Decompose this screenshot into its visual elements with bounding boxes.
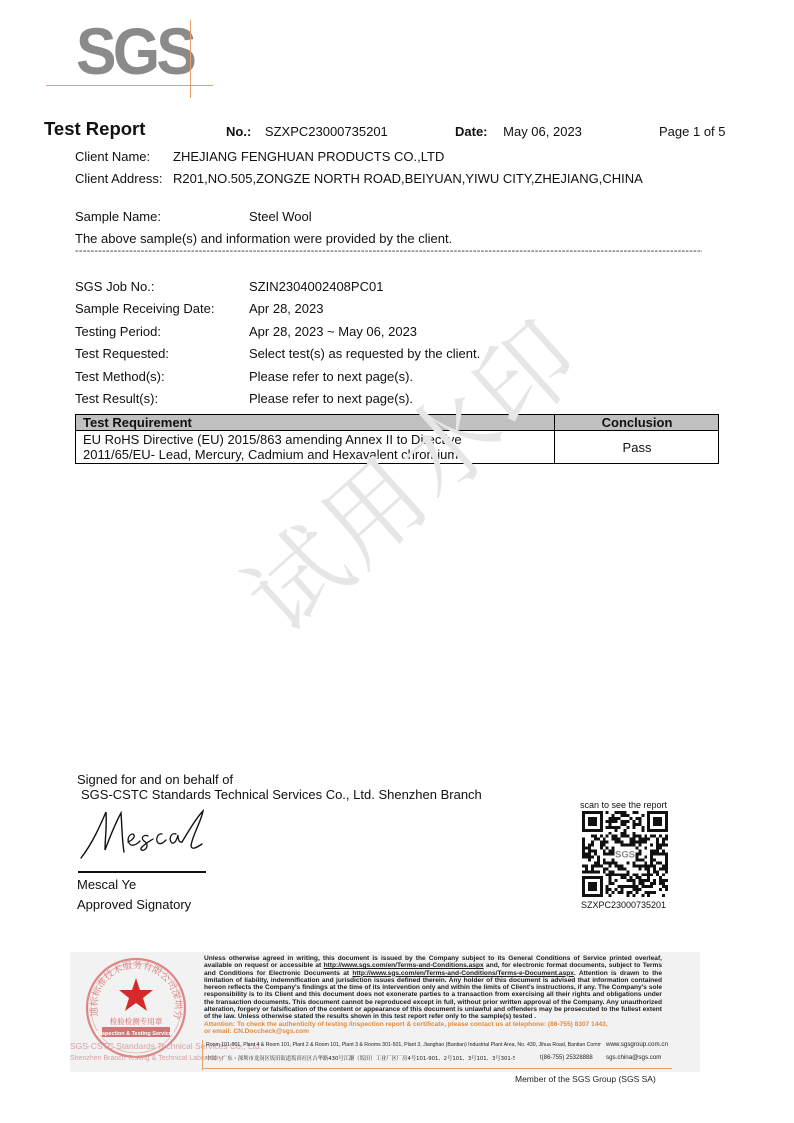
header-conclusion: Conclusion (555, 415, 719, 431)
signing-company: SGS-CSTC Standards Technical Services Co… (81, 788, 482, 801)
member-line: Member of the SGS Group (SGS SA) (515, 1074, 656, 1084)
sgs-logo: SGS (76, 18, 193, 84)
report-title: Test Report (44, 118, 145, 140)
signatory-name: Mescal Ye (77, 878, 136, 891)
detail-label: Test Method(s): (75, 370, 165, 383)
detail-label: Sample Receiving Date: (75, 302, 214, 315)
report-date: Date: May 06, 2023 (455, 124, 582, 139)
signature-line (78, 871, 206, 873)
authenticity-email[interactable]: or email: CN.Doccheck@sgs.com (204, 1028, 662, 1035)
website-link[interactable]: www.sgsgroup.com.cn (606, 1041, 668, 1048)
address-chinese: 中国・广东・深圳市龙岗区坂田街道坂田社区吉华路430号江灏（坂田）工业厂区厂房4… (206, 1054, 515, 1062)
handwritten-signature-icon (78, 806, 213, 861)
report-date-value: May 06, 2023 (503, 124, 582, 139)
sample-name-label: Sample Name: (75, 210, 161, 223)
sample-name-value: Steel Wool (249, 210, 312, 223)
signed-for-line: Signed for and on behalf of (77, 773, 233, 786)
report-number: No.: SZXPC23000735201 (226, 124, 388, 139)
legal-disclaimer: Unless otherwise agreed in writing, this… (204, 955, 662, 1035)
address-accent-vertical (202, 1040, 203, 1070)
detail-value: Please refer to next page(s). (249, 370, 413, 383)
client-name-value: ZHEJIANG FENGHUAN PRODUCTS CO.,LTD (173, 150, 444, 163)
terms-link[interactable]: http://www.sgs.com/en/Terms-and-Conditio… (324, 962, 484, 969)
detail-value: Apr 28, 2023 ~ May 06, 2023 (249, 325, 417, 338)
conclusion-cell: Pass (555, 431, 719, 464)
client-name-label: Client Name: (75, 150, 150, 163)
qr-caption: scan to see the report (580, 800, 667, 810)
qr-report-id: SZXPC23000735201 (581, 900, 666, 910)
report-number-value: SZXPC23000735201 (265, 124, 388, 139)
svg-text:SGS: SGS (615, 849, 635, 860)
detail-label: SGS Job No.: (75, 280, 154, 293)
telephone: t(86-755) 25328888 (540, 1055, 593, 1061)
dashed-divider: ----------------------------------------… (75, 245, 702, 255)
detail-label: Testing Period: (75, 325, 161, 338)
detail-value: Apr 28, 2023 (249, 302, 323, 315)
svg-text:检验检测专用章: 检验检测专用章 (110, 1016, 163, 1026)
logo-accent-vertical (190, 20, 191, 98)
page-indicator: Page 1 of 5 (659, 124, 726, 139)
detail-value: SZIN2304002408PC01 (249, 280, 383, 293)
sample-note: The above sample(s) and information were… (75, 232, 452, 245)
svg-text:Inspection & Testing Services: Inspection & Testing Services (97, 1031, 175, 1037)
authenticity-notice: Attention: To check the authenticity of … (204, 1021, 662, 1028)
stamp-branch-line: Shenzhen Branch Testing & Technical Labo… (70, 1053, 223, 1064)
e-document-terms-link[interactable]: http://www.sgs.com/en/Terms-and-Conditio… (352, 970, 574, 977)
address-accent-horizontal (202, 1068, 672, 1069)
signatory-role: Approved Signatory (77, 898, 191, 911)
report-number-label: No.: (226, 124, 251, 139)
legal-text: . Attention is drawn to the limitation o… (204, 970, 662, 1021)
client-address-value: R201,NO.505,ZONGZE NORTH ROAD,BEIYUAN,YI… (173, 172, 643, 185)
detail-label: Test Result(s): (75, 392, 158, 405)
report-date-label: Date: (455, 124, 488, 139)
logo-accent-horizontal (46, 85, 213, 86)
client-address-label: Client Address: (75, 172, 162, 185)
qr-code-icon[interactable]: SGS (582, 811, 668, 897)
address-english: Room 101-901, Plant 4 & Room 101, Plant … (206, 1042, 601, 1048)
detail-label: Test Requested: (75, 347, 169, 360)
email-link[interactable]: sgs.china@sgs.com (606, 1054, 661, 1061)
